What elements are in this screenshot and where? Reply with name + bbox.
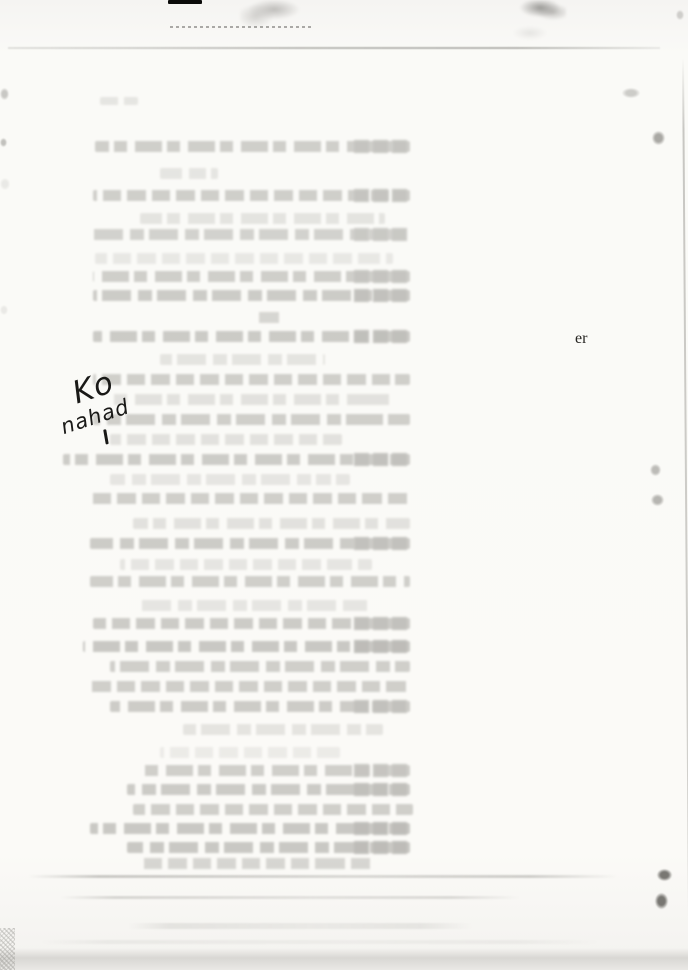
faded-text-line — [140, 600, 370, 611]
margin-mark — [622, 88, 640, 98]
faded-text-line — [93, 374, 410, 385]
faded-text-line — [90, 681, 410, 692]
dotted-line-artifact — [170, 26, 312, 28]
faded-text-line — [127, 842, 410, 853]
faded-text-line — [93, 618, 410, 629]
faded-text-line — [95, 253, 393, 264]
faded-text-line — [90, 538, 410, 549]
faded-text-line — [133, 804, 413, 815]
faded-text-line — [160, 354, 325, 365]
faded-text-line — [160, 168, 218, 179]
bottom-scan-band — [0, 948, 688, 970]
faded-text-line — [83, 641, 410, 652]
faint-horizontal-rule — [8, 47, 660, 49]
faded-text-line — [258, 312, 284, 323]
dark-glyph-segment — [354, 537, 410, 550]
faded-text-line — [90, 493, 410, 504]
bleed-through-streak — [60, 896, 520, 899]
margin-mark — [0, 178, 10, 190]
dark-glyph-segment — [354, 189, 410, 202]
smudge-mark-top-right — [514, 0, 566, 22]
scanned-document-page: Ko nahad er — [0, 0, 688, 970]
dark-glyph-segment — [354, 270, 410, 283]
faded-text-line — [110, 394, 390, 405]
dark-glyph-segment — [354, 140, 410, 153]
dark-glyph-segment — [354, 640, 410, 653]
faded-text-line — [90, 576, 410, 587]
dark-glyph-segment — [354, 617, 410, 630]
faded-text-line — [120, 559, 372, 570]
faded-text-line — [93, 190, 410, 201]
dark-glyph-segment — [354, 228, 410, 241]
margin-mark — [676, 10, 684, 20]
faded-text-line — [90, 823, 410, 834]
faded-text-line — [63, 454, 410, 465]
bottom-left-corner-noise — [0, 928, 15, 970]
page-edge-line — [682, 58, 688, 953]
faded-text-line — [110, 434, 342, 445]
faded-text-line — [93, 271, 410, 282]
dark-glyph-segment — [354, 330, 410, 343]
margin-mark — [650, 464, 661, 476]
dark-glyph-segment — [354, 453, 410, 466]
faded-text-line — [93, 414, 410, 425]
smudge-mark-top-center — [240, 0, 302, 27]
margin-mark — [651, 494, 664, 506]
faded-text-line — [110, 474, 350, 485]
faded-text-line — [127, 784, 410, 795]
scan-artifact-black-bar — [168, 0, 202, 4]
faded-text-line — [100, 97, 138, 105]
dark-glyph-segment — [354, 289, 410, 302]
handwriting-tick-stroke — [103, 429, 109, 444]
dark-glyph-segment — [354, 841, 410, 854]
smudge-mark-top-right-lower — [508, 24, 552, 42]
faded-text-line — [140, 858, 372, 869]
printed-overlay-text: er — [575, 330, 587, 348]
margin-mark — [0, 88, 9, 100]
faded-text-line — [110, 661, 410, 672]
margin-mark — [0, 138, 7, 147]
faded-text-line — [110, 701, 410, 712]
bleed-through-streak — [28, 875, 618, 878]
faded-text-line — [183, 724, 383, 735]
dark-glyph-segment — [354, 764, 410, 777]
bleed-through-streak — [128, 923, 473, 929]
faded-text-line — [93, 229, 410, 240]
faded-text-line — [140, 765, 410, 776]
margin-mark — [657, 869, 672, 881]
dark-glyph-segment — [354, 700, 410, 713]
margin-mark — [655, 893, 668, 909]
faded-text-line — [140, 213, 385, 224]
margin-mark — [652, 131, 665, 145]
faded-text-line — [93, 290, 410, 301]
faded-text-line — [160, 747, 340, 758]
faded-text-line — [133, 518, 410, 529]
bleed-through-streak — [40, 940, 600, 944]
dark-glyph-segment — [354, 822, 410, 835]
margin-mark — [0, 305, 8, 315]
faded-text-line — [93, 331, 410, 342]
faded-text-line — [95, 141, 410, 152]
dark-glyph-segment — [354, 783, 410, 796]
